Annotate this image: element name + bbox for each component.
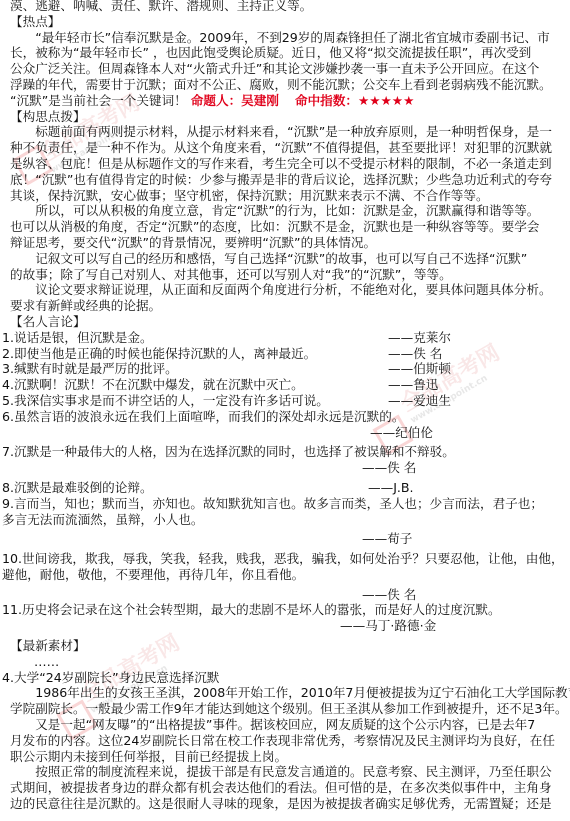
quote-author: ——克莱尔 bbox=[388, 330, 451, 346]
paragraph-line: 浮躁的年代，需要甘于沉默；面对不公正、腐败，则不能沉默；公交车上看到老弱病残不能… bbox=[10, 77, 565, 93]
quote-text: 2.即使当他是正确的时候也能保持沉默的人，离神最近。 bbox=[2, 346, 316, 362]
quote-author: ——纪伯伦 bbox=[370, 425, 433, 441]
quote-author: ——马丁·路德·金 bbox=[340, 618, 436, 634]
quote-item: 7.沉默是一种最伟大的人格，因为在选择沉默的同时，也选择了被误解和不辩驳。 bbox=[10, 444, 565, 460]
quote-item: 5.我深信实事求是而不讲空话的人，一定没有许多话可说。——爱迪生 bbox=[10, 393, 565, 409]
quote-text: 6.虽然言语的波浪永远在我们上面喧哗，而我们的深处却永远是沉默的。 bbox=[2, 409, 404, 425]
quote-item: 11.历史将会记录在这个社会转型期，最大的悲剧不是坏人的嚣张，而是好人的过度沉默… bbox=[10, 602, 565, 618]
ellipsis: …… bbox=[10, 654, 565, 670]
paragraph-line: 也可以从消极的角度，否定“沉默”的态度，比如：沉默不是金，沉默也是一种纵容等等。… bbox=[10, 219, 565, 235]
paragraph-line: 按照正常的制度流程来说，提拔干部是有民意发言通道的。民意考察、民主测评，乃至任职… bbox=[10, 764, 565, 780]
paragraph-line: 底！“沉默”也有值得肯定的时候：少参与搬弄是非的背后议论，选择沉默；少些急功近利… bbox=[10, 172, 565, 188]
section-heading-materials: 【最新素材】 bbox=[10, 638, 565, 654]
paragraph-line: 职公示期内未接到任何举报，目前已经提拔上岗。 bbox=[10, 749, 565, 765]
quote-item: 6.虽然言语的波浪永远在我们上面喧哗，而我们的深处却永远是沉默的。 bbox=[10, 409, 565, 425]
quote-author: ——J.B. bbox=[368, 480, 414, 496]
paragraph-line: 辩证思考，要交代“沉默”的背景情况，要辨明“沉默”的具体情况。 bbox=[10, 235, 565, 251]
quote-text: 3.缄默有时就是最严厉的批评。 bbox=[2, 361, 178, 377]
top-fragment: 漠、逃避、呐喊、责任、默许、潜规则、主持正义等。 bbox=[10, 0, 565, 14]
quote-item: 10.世间谤我，欺我，辱我，笑我，轻我，贱我，恶我，骗我，如何处治乎？只要忍他，… bbox=[10, 551, 565, 567]
keyword-text: “沉默”是当前社会一个关键词！ bbox=[10, 93, 187, 108]
paragraph-line: “最年轻市长”信奉沉默是金。2009年，不到29岁的周森锋担任了湖北省宜城市委副… bbox=[10, 30, 565, 46]
quote-author: ——佚 名 bbox=[362, 460, 416, 476]
paragraph-line: 标题前面有两则提示材料，从提示材料来看，“沉默”是一种放弃原则，是一种明哲保身，… bbox=[10, 124, 565, 140]
quote-item: 1.说话是银，但沉默是金。——克莱尔 bbox=[10, 330, 565, 346]
quote-item-continued: 避他，耐他，敬他，不要理他，再待几年，你且看他。 bbox=[10, 567, 565, 583]
paragraph-line: 1986年出生的女孩王圣淇，2008年开始工作，2010年7月便被提拔为辽宁石油… bbox=[10, 685, 565, 701]
paragraph-line: 公众广泛关注。但周森锋本人对“火箭式升迁”和其论文涉嫌抄袭一事一直未予公开回应。… bbox=[10, 61, 565, 77]
quote-text: 7.沉默是一种最伟大的人格，因为在选择沉默的同时，也选择了被误解和不辩驳。 bbox=[2, 444, 455, 460]
quote-item: 3.缄默有时就是最严厉的批评。——伯斯顿 bbox=[10, 361, 565, 377]
quote-item: 9.言而当，知也；默而当，亦知也。故知默犹知言也。故多言而类，圣人也；少言而法，… bbox=[10, 496, 565, 512]
paragraph-line: 议论文要求辩证说理，从正面和反面两个角度进行分析，不能绝对化，要具体问题具体分析… bbox=[10, 282, 565, 298]
paragraph-line: 的故事；除了写自己对别人、对其他事，还可以写别人对“我”的“沉默”，等等。 bbox=[10, 267, 565, 283]
quote-text: 5.我深信实事求是而不讲空话的人，一定没有许多话可说。 bbox=[2, 393, 329, 409]
quote-author: ——佚 名 bbox=[362, 587, 416, 603]
paragraph-line: 学院副院长。一般最少需工作9年才能达到她这个级别。但王圣淇从参加工作到被提升，还… bbox=[10, 701, 565, 717]
quote-text: 多言无法而流湎然，虽辩，小人也。 bbox=[2, 512, 204, 528]
quote-text: 8.沉默是最难驳倒的论辩。 bbox=[2, 480, 153, 496]
paragraph-line: 边的民意往往是沉默的。这是很耐人寻味的现象，是因为被提拔者确实足够优秀，无需置疑… bbox=[10, 796, 565, 812]
paragraph-line: 其谈，保持沉默，安心做事；坚守机密，保持沉默；用沉默来表示不满、不合作等等。 bbox=[10, 188, 565, 204]
paragraph-line: 是纵容、包庇！但是从标题作文的写作来看，考生完全可以不受提示材料的限制，不必一条… bbox=[10, 156, 565, 172]
quote-author: ——荀子 bbox=[362, 531, 412, 547]
quote-author: ——爱迪生 bbox=[388, 393, 451, 409]
quote-item: 2.即使当他是正确的时候也能保持沉默的人，离神最近。——佚 名 bbox=[10, 346, 565, 362]
quote-attribution: ——佚 名 bbox=[10, 460, 565, 476]
document-page: 漠、逃避、呐喊、责任、默许、潜规则、主持正义等。 【热点】 “最年轻市长”信奉沉… bbox=[10, 0, 565, 812]
section-heading-guidance: 【构思点拨】 bbox=[10, 109, 565, 125]
paragraph-line: 月发布的内容。这位24岁副院长日常在校工作表现非常优秀，考察情况及民主测评均为良… bbox=[10, 733, 565, 749]
quote-text: 9.言而当，知也；默而当，亦知也。故知默犹知言也。故多言而类，圣人也；少言而法，… bbox=[2, 496, 543, 512]
material-title: 4.大学“24岁副院长”身边民意选择沉默 bbox=[2, 670, 565, 686]
paragraph-line: 又是一起“网友曝”的“出格提拔”事件。据该校回应，网友质疑的这个公示内容，已是去… bbox=[10, 717, 565, 733]
paragraph-line: 所以，可以从积极的角度立意，肯定“沉默”的行为，比如：沉默是金，沉默赢得和谐等等… bbox=[10, 203, 565, 219]
star-rating-icon: ★★★★★ bbox=[358, 93, 414, 108]
quote-text: 10.世间谤我，欺我，辱我，笑我，轻我，贱我，恶我，骗我，如何处治乎？只要忍他，… bbox=[2, 551, 564, 567]
quote-author: ——伯斯顿 bbox=[388, 361, 451, 377]
section-heading-quotes: 【名人言论】 bbox=[10, 314, 565, 330]
quote-item-continued: 多言无法而流湎然，虽辩，小人也。 bbox=[10, 512, 565, 528]
hit-index-label: 命中指数： bbox=[295, 93, 358, 108]
quote-item: 8.沉默是最难驳倒的论辩。——J.B. bbox=[10, 480, 565, 496]
quote-text: 11.历史将会记录在这个社会转型期，最大的悲剧不是坏人的嚣张，而是好人的过度沉默… bbox=[2, 602, 501, 618]
keyword-line: “沉默”是当前社会一个关键词！ 命题人：吴建刚 命中指数：★★★★★ bbox=[10, 93, 565, 109]
quote-text: 避他，耐他，敬他，不要理他，再待几年，你且看他。 bbox=[2, 567, 304, 583]
quote-attribution: ——佚 名 bbox=[10, 587, 565, 603]
section-heading-hotspot: 【热点】 bbox=[10, 14, 565, 30]
paragraph-line: 长，被称为“最年轻市长” ，也因此饱受舆论质疑。近日，他又将“拟交流提拔任职”，… bbox=[10, 45, 565, 61]
paragraph-line: 记叙文可以写自己的经历和感悟，写自己选择“沉默”的故事，也可以写自己不选择“沉默… bbox=[10, 251, 565, 267]
quote-attribution: ——荀子 bbox=[10, 531, 565, 547]
paragraph-line: 要求有新鲜或经典的论据。 bbox=[10, 298, 565, 314]
quote-text: 4.沉默啊！沉默！不在沉默中爆发，就在沉默中灭亡。 bbox=[2, 377, 304, 393]
quote-author: ——佚 名 bbox=[388, 346, 442, 362]
author-label: 命题人：吴建刚 bbox=[191, 93, 279, 108]
quote-author: ——鲁迅 bbox=[388, 377, 438, 393]
quote-attribution: ——纪伯伦 bbox=[10, 425, 565, 441]
paragraph-line: 种不负责任，是一种不作为。从这个角度来看，“沉默”不值得提倡，甚至要批评！对犯罪… bbox=[10, 140, 565, 156]
quote-text: 1.说话是银，但沉默是金。 bbox=[2, 330, 153, 346]
quote-item: 4.沉默啊！沉默！不在沉默中爆发，就在沉默中灭亡。——鲁迅 bbox=[10, 377, 565, 393]
quote-attribution: ——马丁·路德·金 bbox=[10, 618, 565, 634]
paragraph-line: 式期间，被提拔者身边的群众都有机会表达他们的看法。但可惜的是，在多次类似事件中，… bbox=[10, 780, 565, 796]
